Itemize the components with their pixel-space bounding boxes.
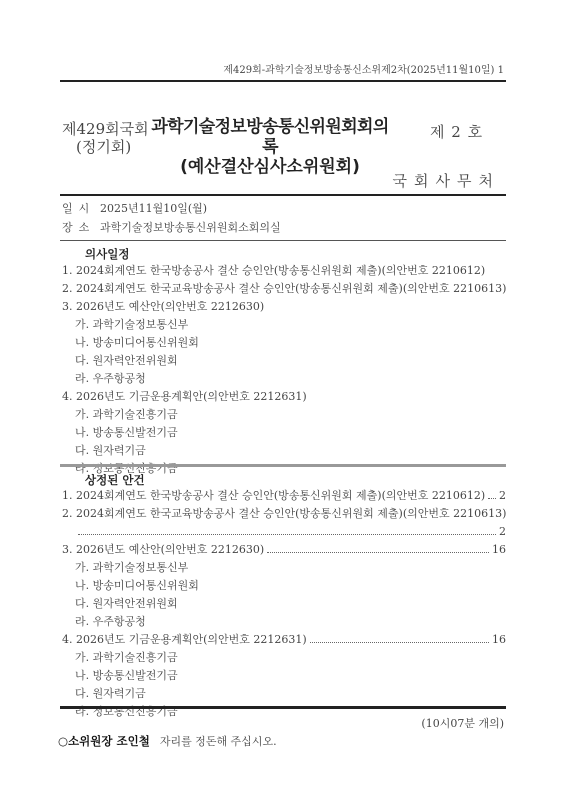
page-number: 16 <box>491 541 506 559</box>
sub-item: 다. 원자력기금 <box>62 685 506 703</box>
item-text: 가. 과학기술진흥기금 <box>75 649 178 667</box>
speech-line: ○소위원장 조인철자리를 정돈해 주십시오. <box>58 733 277 749</box>
session-type: (정기회) <box>62 138 149 156</box>
session-info: 제429회국회 (정기회) <box>62 120 149 156</box>
running-header: 제429회-과학기술정보방송통신소위제2차(2025년11월10일) 1 <box>223 61 504 76</box>
speaker-name: ○소위원장 조인철 <box>58 734 150 748</box>
list-item: 2. 2024회계연도 한국교육방송공사 결산 승인안(방송통신위원회 제출)(… <box>62 280 506 298</box>
toc-bottom-rule <box>60 706 506 709</box>
sub-item: 라. 우주항공청 <box>62 370 506 388</box>
item-text: 다. 원자력안전위원회 <box>75 595 178 613</box>
sub-item: 라. 우주항공청 <box>62 613 506 631</box>
item-text: 다. 원자력기금 <box>75 442 146 460</box>
item-text: 1. 2024회계연도 한국방송공사 결산 승인안(방송통신위원회 제출)(의안… <box>62 262 485 280</box>
header-rule <box>60 80 506 82</box>
meeting-place: 장소과학기술정보방송통신위원회소회의실 <box>62 219 281 235</box>
toc-heading: 상정된 안건 <box>85 472 145 488</box>
item-text: 4. 2026년도 기금운용계획안(의안번호 2212631) <box>62 388 307 406</box>
item-text: 4. 2026년도 기금운용계획안(의안번호 2212631) <box>62 631 307 649</box>
item-text: 나. 방송미디어통신위원회 <box>75 577 199 595</box>
sub-item: 나. 방송통신발전기금 <box>62 667 506 685</box>
leader-dots <box>267 552 489 553</box>
page-number: 2 <box>498 523 506 541</box>
sub-item: 가. 과학기술진흥기금 <box>62 649 506 667</box>
toc-list: 1. 2024회계연도 한국방송공사 결산 승인안(방송통신위원회 제출)(의안… <box>62 487 506 721</box>
session-number: 제429회국회 <box>62 120 149 138</box>
item-text: 1. 2024회계연도 한국방송공사 결산 승인안(방송통신위원회 제출)(의안… <box>62 487 485 505</box>
title-rule <box>60 194 506 196</box>
item-text: 나. 방송미디어통신위원회 <box>75 334 199 352</box>
agenda-list: 1. 2024회계연도 한국방송공사 결산 승인안(방송통신위원회 제출)(의안… <box>62 262 506 478</box>
meeting-date: 일시2025년11월10일(월) <box>62 200 207 216</box>
meta-rule <box>60 240 506 241</box>
item-text: 다. 원자력기금 <box>75 685 146 703</box>
item-text: 라. 우주항공청 <box>75 370 146 388</box>
title-sub: (예산결산심사소위원회) <box>150 157 390 177</box>
list-item: 2 <box>62 523 506 541</box>
place-label: 장소 <box>62 219 100 235</box>
item-text: 가. 과학기술진흥기금 <box>75 406 178 424</box>
sub-item: 가. 과학기술정보통신부 <box>62 559 506 577</box>
list-item: 4. 2026년도 기금운용계획안(의안번호 2212631)16 <box>62 631 506 649</box>
leader-dots <box>488 498 496 499</box>
leader-dots <box>78 534 496 535</box>
date-label: 일시 <box>62 200 100 216</box>
agenda-heading: 의사일정 <box>85 246 129 262</box>
page-number: 2 <box>498 487 506 505</box>
section-divider <box>60 464 506 467</box>
office-name: 국회사무처 <box>393 170 500 191</box>
item-text: 가. 과학기술정보통신부 <box>75 316 188 334</box>
sub-item: 나. 방송통신발전기금 <box>62 424 506 442</box>
sub-item: 나. 방송미디어통신위원회 <box>62 334 506 352</box>
item-text: 나. 방송통신발전기금 <box>75 424 178 442</box>
sub-item: 나. 방송미디어통신위원회 <box>62 577 506 595</box>
opening-time: (10시07분 개의) <box>421 715 504 731</box>
sub-item: 가. 과학기술진흥기금 <box>62 406 506 424</box>
list-item: 1. 2024회계연도 한국방송공사 결산 승인안(방송통신위원회 제출)(의안… <box>62 487 506 505</box>
leader-dots <box>310 642 489 643</box>
list-item: 1. 2024회계연도 한국방송공사 결산 승인안(방송통신위원회 제출)(의안… <box>62 262 506 280</box>
item-text: 2. 2024회계연도 한국교육방송공사 결산 승인안(방송통신위원회 제출)(… <box>62 505 506 523</box>
sub-item: 다. 원자력기금 <box>62 442 506 460</box>
list-item: 3. 2026년도 예산안(의안번호 2212630) <box>62 298 506 316</box>
title-main: 과학기술정보방송통신위원회회의록 <box>150 117 390 157</box>
item-text: 3. 2026년도 예산안(의안번호 2212630) <box>62 541 264 559</box>
page-number: 16 <box>491 631 506 649</box>
issue-number: 제 2 호 <box>430 121 483 142</box>
sub-item: 다. 원자력안전위원회 <box>62 352 506 370</box>
item-text: 라. 우주항공청 <box>75 613 146 631</box>
speech-text: 자리를 정돈해 주십시오. <box>160 735 277 748</box>
item-text: 2. 2024회계연도 한국교육방송공사 결산 승인안(방송통신위원회 제출)(… <box>62 280 506 298</box>
place-value: 과학기술정보방송통신위원회소회의실 <box>100 221 281 234</box>
sub-item: 다. 원자력안전위원회 <box>62 595 506 613</box>
list-item: 4. 2026년도 기금운용계획안(의안번호 2212631) <box>62 388 506 406</box>
item-text: 가. 과학기술정보통신부 <box>75 559 188 577</box>
item-text: 나. 방송통신발전기금 <box>75 667 178 685</box>
document-title: 과학기술정보방송통신위원회회의록 (예산결산심사소위원회) <box>150 117 390 177</box>
item-text: 3. 2026년도 예산안(의안번호 2212630) <box>62 298 264 316</box>
list-item: 2. 2024회계연도 한국교육방송공사 결산 승인안(방송통신위원회 제출)(… <box>62 505 506 523</box>
item-text: 다. 원자력안전위원회 <box>75 352 178 370</box>
list-item: 3. 2026년도 예산안(의안번호 2212630)16 <box>62 541 506 559</box>
sub-item: 가. 과학기술정보통신부 <box>62 316 506 334</box>
date-value: 2025년11월10일(월) <box>100 202 207 215</box>
